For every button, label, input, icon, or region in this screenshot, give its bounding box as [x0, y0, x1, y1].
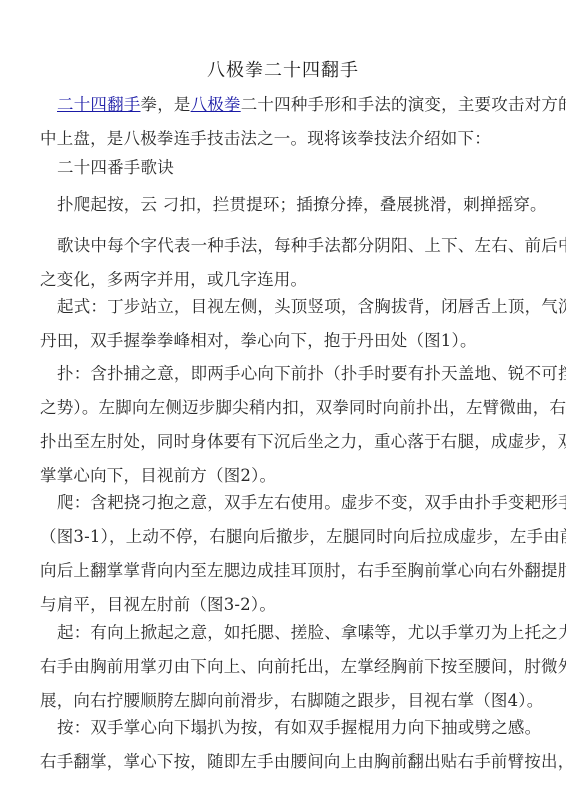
intro-text-2: 二十四种手形和手法的演变，主要攻击对方的 — [241, 95, 566, 114]
paragraph-line: 之势）。左脚向左侧迈步脚尖稍内扣，双拳同时向前扑出，左臂微曲，右手 — [40, 391, 525, 425]
intro-paragraph: 二十四翻手拳，是八极拳二十四种手形和手法的演变，主要攻击对方的 中上盘，是八极拳… — [57, 88, 525, 156]
paragraph-line: 起：有向上掀起之意，如托腮、搓脸、拿嗉等，尤以手掌刃为上托之力。 — [57, 616, 525, 650]
paragraph-explanation: 歌诀中每个字代表一种手法，每种手法都分阴阳、上下、左右、前后中 之变化，多两字并… — [57, 229, 525, 297]
paragraph-line: 按：双手掌心向下塌扒为按，有如双手握棍用力向下抽或劈之感。 — [57, 711, 525, 745]
paragraph-an: 按：双手掌心向下塌扒为按，有如双手握棍用力向下抽或劈之感。 右手翻掌，掌心下按，… — [57, 711, 525, 779]
link-bajiquan[interactable]: 八极拳 — [191, 95, 241, 114]
paragraph-line: 扑：含扑捕之意，即两手心向下前扑（扑手时要有扑天盖地、锐不可挡 — [57, 357, 525, 391]
paragraph-pa: 爬：含耙挠刁抱之意，双手左右使用。虚步不变，双手由扑手变耙形手 （图3-1），上… — [57, 486, 525, 622]
paragraph-line: 扑出至左肘处，同时身体要有下沉后坐之力，重心落于右腿，成虚步，双 — [40, 425, 525, 459]
link-twenty-four-hands[interactable]: 二十四翻手 — [57, 95, 141, 114]
paragraph-line: 二十四番手歌诀 — [57, 151, 525, 185]
paragraph-line: 起式：丁步站立，目视左侧，头顶竖项，含胸拔背，闭唇舌上顶，气沉 — [57, 290, 525, 324]
paragraph-song-title: 二十四番手歌诀 — [57, 151, 525, 185]
paragraph-line: 爬：含耙挠刁抱之意，双手左右使用。虚步不变，双手由扑手变耙形手 — [57, 486, 525, 520]
paragraph-qi: 起：有向上掀起之意，如托腮、搓脸、拿嗉等，尤以手掌刃为上托之力。 右手由胸前用掌… — [57, 616, 525, 718]
intro-text-1: 拳，是 — [141, 95, 191, 114]
paragraph-line: 丹田，双手握拳拳峰相对，拳心向下，抱于丹田处（图1）。 — [40, 324, 525, 358]
intro-line-1: 二十四翻手拳，是八极拳二十四种手形和手法的演变，主要攻击对方的 — [57, 88, 525, 122]
paragraph-line: 向后上翻掌掌背向内至左腮边成挂耳顶肘，右手至胸前掌心向右外翻提肘 — [40, 554, 525, 588]
paragraph-line: 右手由胸前用掌刃由下向上、向前托出，左掌经胸前下按至腰间，肘微外 — [40, 650, 525, 684]
paragraph-line: 右手翻掌，掌心下按，随即左手由腰间向上由胸前翻出贴右手前臂按出， — [40, 745, 525, 779]
paragraph-pu: 扑：含扑捕之意，即两手心向下前扑（扑手时要有扑天盖地、锐不可挡 之势）。左脚向左… — [57, 357, 525, 493]
page-title: 八极拳二十四翻手 — [0, 56, 566, 82]
paragraph-line: 扑爬起按，云 刁扣，拦贯提环；插撩分捧，叠展挑滑，刺掸摇穿。 — [57, 188, 525, 222]
paragraph-line: （图3-1），上动不停，右腿向后撤步，左腿同时向后拉成虚步，左手由前 — [40, 520, 525, 554]
paragraph-song: 扑爬起按，云 刁扣，拦贯提环；插撩分捧，叠展挑滑，刺掸摇穿。 — [57, 188, 525, 222]
paragraph-line: 歌诀中每个字代表一种手法，每种手法都分阴阳、上下、左右、前后中 — [57, 229, 525, 263]
document-page: 八极拳二十四翻手 二十四翻手拳，是八极拳二十四种手形和手法的演变，主要攻击对方的… — [0, 0, 566, 800]
paragraph-opening-stance: 起式：丁步站立，目视左侧，头顶竖项，含胸拔背，闭唇舌上顶，气沉 丹田，双手握拳拳… — [57, 290, 525, 358]
